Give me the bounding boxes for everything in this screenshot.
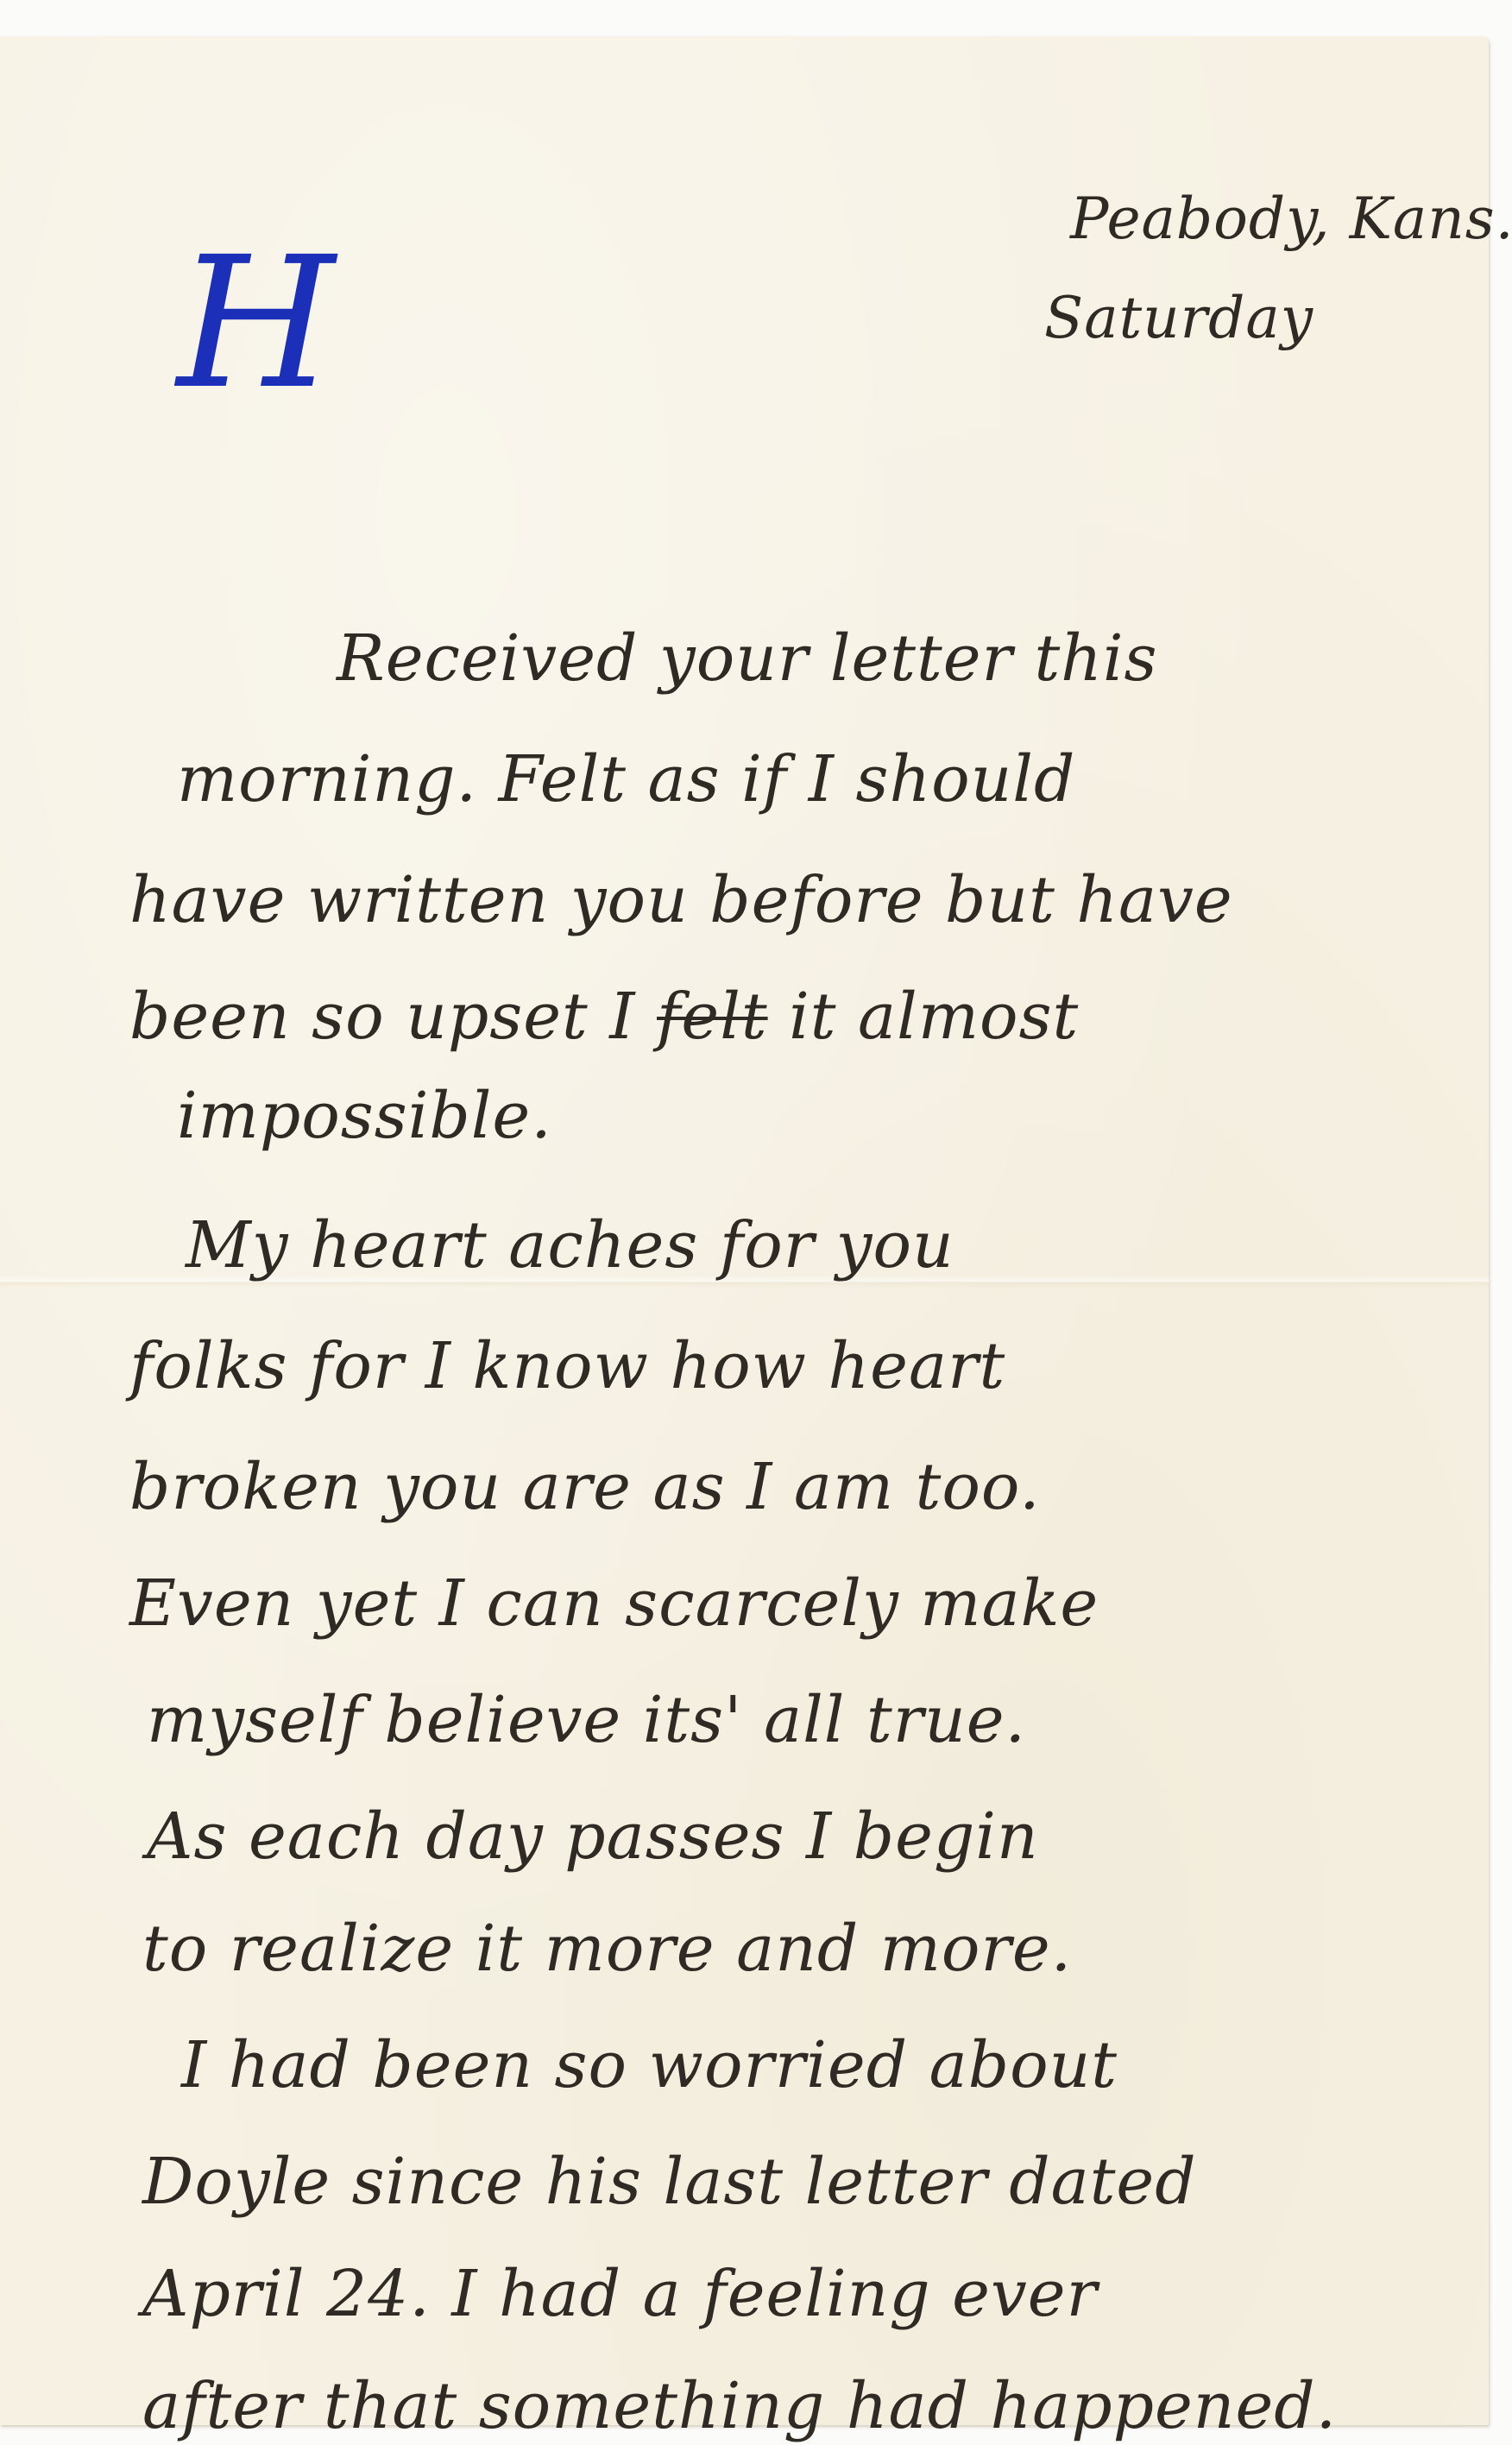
body-line: impossible.	[177, 1079, 552, 1153]
body-line: after that something had happened.	[142, 2369, 1337, 2443]
body-line: April 24. I had a feeling ever	[142, 2257, 1098, 2331]
letter-place: Peabody, Kans.	[1070, 186, 1512, 252]
struck-word: felt	[657, 980, 768, 1054]
letter-day: Saturday	[1044, 285, 1314, 351]
body-line: I had been so worried about	[181, 2028, 1118, 2102]
body-line: Doyle since his last letter dated	[142, 2145, 1197, 2219]
monogram-letter-h: H	[177, 233, 335, 414]
body-line: myself believe its' all true.	[147, 1683, 1026, 1757]
body-line-text: it almost	[768, 980, 1080, 1054]
body-line: broken you are as I am too.	[129, 1450, 1041, 1524]
body-line: As each day passes I begin	[147, 1799, 1039, 1874]
body-line: Received your letter this	[337, 621, 1157, 696]
body-line: Even yet I can scarcely make	[129, 1566, 1099, 1641]
body-line: morning. Felt as if I should	[177, 742, 1075, 816]
body-line-text: been so upset I	[129, 980, 635, 1054]
body-line: My heart aches for you	[186, 1208, 954, 1282]
body-line: to realize it more and more.	[142, 1912, 1072, 1986]
body-line: been so upset I felt it almost	[129, 980, 1079, 1054]
body-line: folks for I know how heart	[129, 1329, 1005, 1403]
body-line: have written you before but have	[129, 863, 1233, 937]
